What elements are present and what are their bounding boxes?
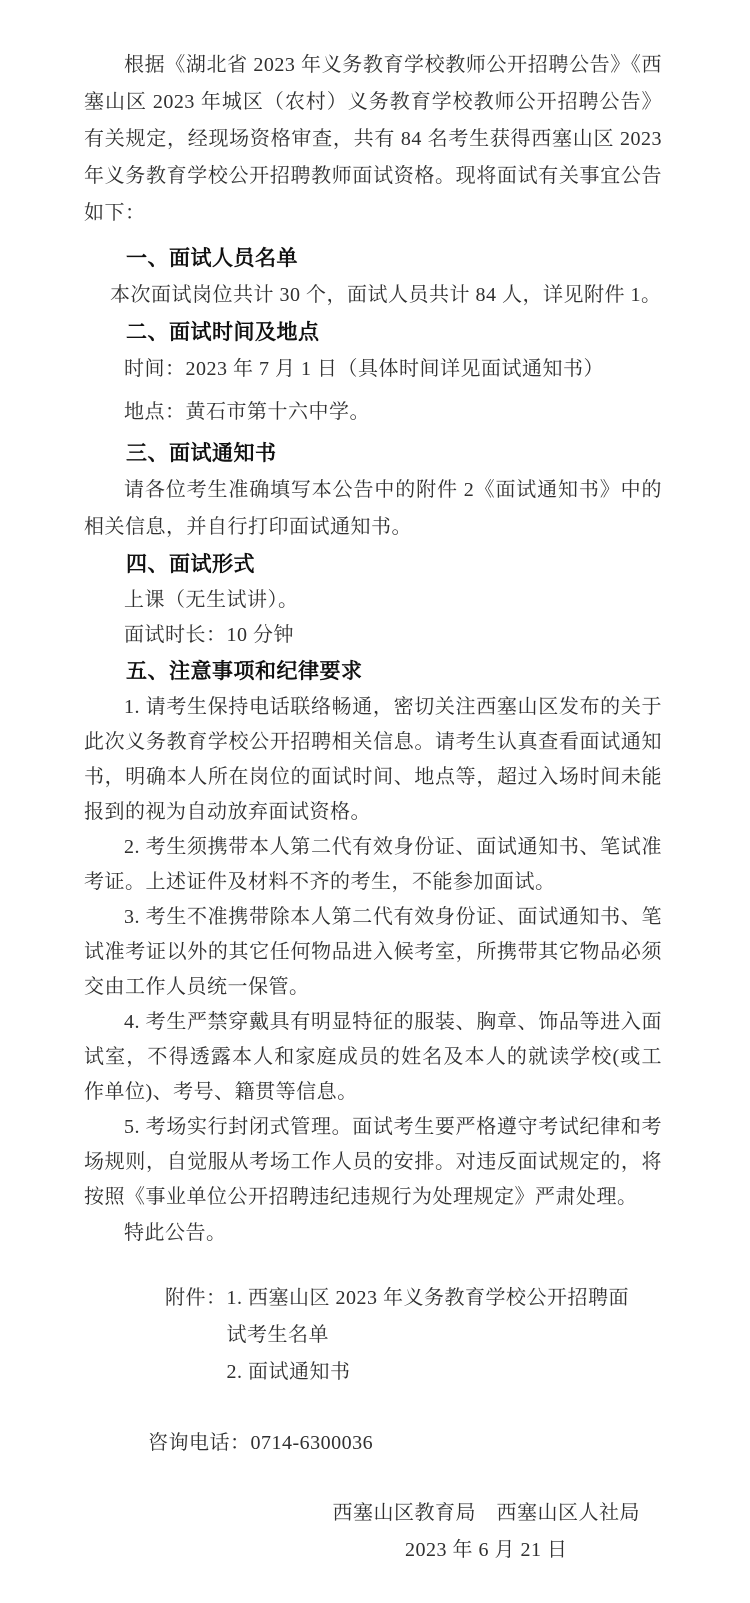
section-5-paragraph-4: 4. 考生严禁穿戴具有明显特征的服装、胸章、饰品等进入面试室，不得透露本人和家庭… xyxy=(84,1005,662,1110)
section-5-paragraph-2: 2. 考生须携带本人第二代有效身份证、面试通知书、笔试准考证。上述证件及材料不齐… xyxy=(84,830,662,900)
signature-date: 2023 年 6 月 21 日 xyxy=(333,1532,641,1569)
section-heading-4: 四、面试形式 xyxy=(84,546,662,583)
section-3-paragraph-1: 请各位考生准确填写本公告中的附件 2《面试通知书》中的相关信息，并自行打印面试通… xyxy=(84,472,662,546)
closing-line: 特此公告。 xyxy=(84,1215,662,1252)
section-2-paragraph-2: 地点：黄石市第十六中学。 xyxy=(84,394,662,431)
section-2-paragraph-1: 时间：2023 年 7 月 1 日（具体时间详见面试通知书） xyxy=(84,351,662,388)
announcement-document-page: 根据《湖北省 2023 年义务教育学校教师公开招聘公告》《西塞山区 2023 年… xyxy=(0,0,750,1603)
section-5-paragraph-3: 3. 考生不准携带除本人第二代有效身份证、面试通知书、笔试准考证以外的其它任何物… xyxy=(84,900,662,1005)
issuing-agencies: 西塞山区教育局 西塞山区人社局 xyxy=(333,1495,641,1532)
signature-block: 西塞山区教育局 西塞山区人社局 2023 年 6 月 21 日 xyxy=(333,1495,641,1569)
section-1-paragraph-1: 本次面试岗位共计 30 个，面试人员共计 84 人，详见附件 1。 xyxy=(84,277,662,314)
section-5-paragraph-5: 5. 考场实行封闭式管理。面试考生要严格遵守考试纪律和考场规则，自觉服从考场工作… xyxy=(84,1110,662,1215)
attachment-item-1: 1. 西塞山区 2023 年义务教育学校公开招聘面试考生名单 xyxy=(227,1280,641,1354)
section-heading-5: 五、注意事项和纪律要求 xyxy=(84,653,662,690)
attachment-item-2: 2. 面试通知书 xyxy=(227,1354,641,1391)
contact-phone-line: 咨询电话：0714-6300036 xyxy=(148,1425,662,1462)
intro-paragraph: 根据《湖北省 2023 年义务教育学校教师公开招聘公告》《西塞山区 2023 年… xyxy=(84,47,662,232)
section-heading-1: 一、面试人员名单 xyxy=(84,240,662,277)
section-4-paragraph-2: 面试时长：10 分钟 xyxy=(84,618,662,653)
section-4-paragraph-1: 上课（无生试讲）。 xyxy=(84,583,662,618)
section-heading-2: 二、面试时间及地点 xyxy=(84,314,662,351)
attachments-list: 1. 西塞山区 2023 年义务教育学校公开招聘面试考生名单2. 面试通知书 xyxy=(227,1280,641,1391)
attachments-block: 附件： 1. 西塞山区 2023 年义务教育学校公开招聘面试考生名单2. 面试通… xyxy=(84,1280,662,1391)
attachments-label: 附件： xyxy=(165,1280,227,1317)
sections-container: 一、面试人员名单本次面试岗位共计 30 个，面试人员共计 84 人，详见附件 1… xyxy=(84,240,662,1215)
section-5-paragraph-1: 1. 请考生保持电话联络畅通，密切关注西塞山区发布的关于此次义务教育学校公开招聘… xyxy=(84,690,662,830)
section-heading-3: 三、面试通知书 xyxy=(84,435,662,472)
